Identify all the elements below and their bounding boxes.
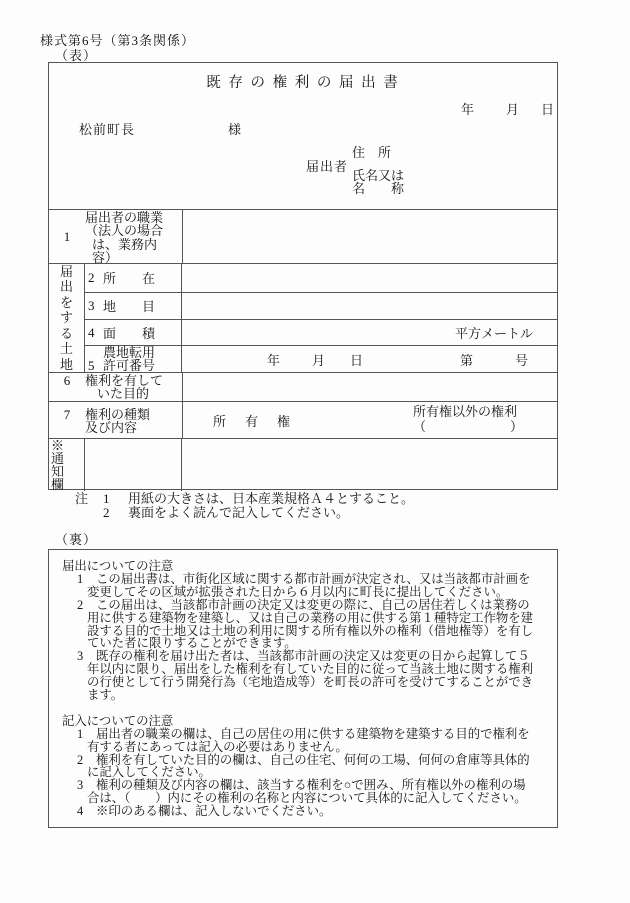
- row1-blank-cell: [183, 210, 557, 263]
- row7-label: 権利の種類 及び内容: [85, 407, 182, 435]
- back-side-label: （裏）: [55, 529, 97, 548]
- row1-number: 1: [49, 229, 85, 245]
- other-right-paren: （ ）: [413, 420, 523, 435]
- row3-number: 3: [88, 298, 103, 314]
- form-title: 既 存 の 権 利 の 届 出 書: [49, 71, 557, 92]
- declarant-label: 届出者: [306, 156, 348, 175]
- document-page: 様式第6号（第3条関係） （表） 既 存 の 権 利 の 届 出 書 年 月 日…: [0, 0, 630, 903]
- permit-no-suffix: 号: [515, 350, 528, 369]
- row6-number: 6: [49, 373, 85, 389]
- back-notes: 届出についての注意1この届出書は、市街化区域に関する都市計画が決定され、又は当該…: [49, 560, 557, 818]
- row7-value-cell: 所 有 権 所有権以外の権利 （ ）: [183, 402, 557, 438]
- back-note-line: ます。: [49, 689, 557, 702]
- row7-header-cell: 7 権利の種類 及び内容: [49, 402, 183, 438]
- permit-month-label: 月: [312, 350, 325, 369]
- year-label: 年: [461, 99, 474, 118]
- land-group-header-cell: 届出をする土地: [49, 264, 85, 372]
- table-row-right-type: 7 権利の種類 及び内容 所 有 権 所有権以外の権利 （ ）: [49, 401, 557, 438]
- form-header-area: 既 存 の 権 利 の 届 出 書 年 月 日 松前町長 様 届出者 住 所 氏…: [49, 63, 557, 209]
- row6-label: 権利を有して いた目的: [85, 373, 182, 401]
- row2-number: 2: [88, 270, 103, 286]
- front-footnotes: 注 1 用紙の大きさは、日本産業規格Ａ４とすること。 2 裏面をよく読んで記入し…: [75, 492, 414, 520]
- row3-label: 地 目: [103, 296, 155, 315]
- table-row-area: 4 面 積 平方メートル: [85, 319, 557, 345]
- back-note-line: 2この届出は、当該都市計画の決定又は変更の際に、自己の居住若しくは業務の: [49, 599, 557, 612]
- area-unit-label: 平方メートル: [455, 323, 533, 342]
- honorific: 様: [228, 119, 241, 138]
- permit-no-prefix: 第: [460, 350, 473, 369]
- row4-value-cell: 平方メートル: [182, 320, 557, 345]
- back-note-line: の行使として行う開発行為（宅地造成等）を町長の許可を受けてすることができ: [49, 676, 557, 689]
- row7-number: 7: [49, 407, 85, 423]
- month-label: 月: [506, 99, 519, 118]
- table-row-occupation: 1 届出者の職業 （法人の場合 は、業務内 容）: [49, 209, 557, 263]
- land-rows-group: 届出をする土地 2 所 在 3 地 目: [49, 263, 557, 372]
- back-note-line: 1この届出書は、市街化区域に関する都市計画が決定され、又は当該都市計画を: [49, 573, 557, 586]
- permit-day-label: 日: [350, 350, 363, 369]
- front-form-box: 既 存 の 権 利 の 届 出 書 年 月 日 松前町長 様 届出者 住 所 氏…: [48, 62, 558, 490]
- row1-header-cell: 1 届出者の職業 （法人の場合 は、業務内 容）: [49, 210, 183, 263]
- footnote-marker: 注: [75, 492, 103, 506]
- row6-header-cell: 6 権利を有して いた目的: [49, 373, 183, 401]
- addressee: 松前町長: [79, 119, 135, 138]
- row2-label: 所 在: [103, 268, 155, 287]
- table-row-notice-column: ※通知欄: [49, 438, 557, 491]
- row3-blank-cell: [182, 293, 557, 320]
- notice-label-blank-cell: [85, 439, 182, 491]
- row1-label: 届出者の職業 （法人の場合 は、業務内 容）: [85, 210, 182, 264]
- back-form-box: 届出についての注意1この届出書は、市街化区域に関する都市計画が決定され、又は当該…: [48, 549, 558, 828]
- table-row-location: 2 所 在: [85, 264, 557, 292]
- notice-column-label: ※通知欄: [51, 439, 64, 491]
- notice-header-cell: ※通知欄: [49, 439, 85, 491]
- row4-number: 4: [88, 325, 103, 341]
- row4-label: 面 積: [103, 323, 155, 342]
- other-right-option: 所有権以外の権利 （ ）: [413, 405, 523, 434]
- back-note-line: 記入についての注意: [49, 715, 557, 728]
- back-note-line: 4※印のある欄は、記入しないでください。: [49, 805, 557, 818]
- table-row-purpose: 6 権利を有して いた目的: [49, 372, 557, 401]
- permit-year-label: 年: [267, 350, 280, 369]
- row6-blank-cell: [183, 373, 557, 401]
- footnote-2: 2 裏面をよく読んで記入してください。: [75, 506, 414, 520]
- back-note-line: [49, 702, 557, 715]
- back-note-line: 変更してその区域が拡張された日から６月以内に町長に提出してください。: [49, 586, 557, 599]
- day-label: 日: [541, 99, 554, 118]
- row5-label-line2: 許可番号: [103, 359, 155, 372]
- table-row-land-category: 3 地 目: [85, 292, 557, 320]
- back-note-line: 用に供する建築物を建築し、又は自己の業務の用に供する第１種特定工作物を建: [49, 612, 557, 625]
- table-row-farmland-permit: 農地転用 5 許可番号 年 月 日 第 号: [85, 345, 557, 372]
- notice-blank-cell: [182, 439, 557, 491]
- other-right-title: 所有権以外の権利: [413, 405, 523, 420]
- ownership-option: 所 有 権: [213, 411, 293, 430]
- back-note-line: 1届出者の職業の欄は、自己の居住の用に供する建築物を建築する目的で権利を: [49, 728, 557, 741]
- back-note-line: 有する者にあっては記入の必要はありません。: [49, 741, 557, 754]
- land-group-label: 届出をする土地: [60, 264, 73, 372]
- address-field-label: 住 所: [352, 142, 391, 161]
- back-note-line: 届出についての注意: [49, 560, 557, 573]
- row2-blank-cell: [182, 264, 557, 292]
- form-table: 1 届出者の職業 （法人の場合 は、業務内 容） 届出をする土地: [49, 209, 557, 489]
- row5-number: 5: [88, 359, 103, 372]
- name-label: 名 称: [352, 178, 404, 197]
- row5-value-cell: 年 月 日 第 号: [182, 346, 557, 372]
- footnote-1: 注 1 用紙の大きさは、日本産業規格Ａ４とすること。: [75, 492, 414, 506]
